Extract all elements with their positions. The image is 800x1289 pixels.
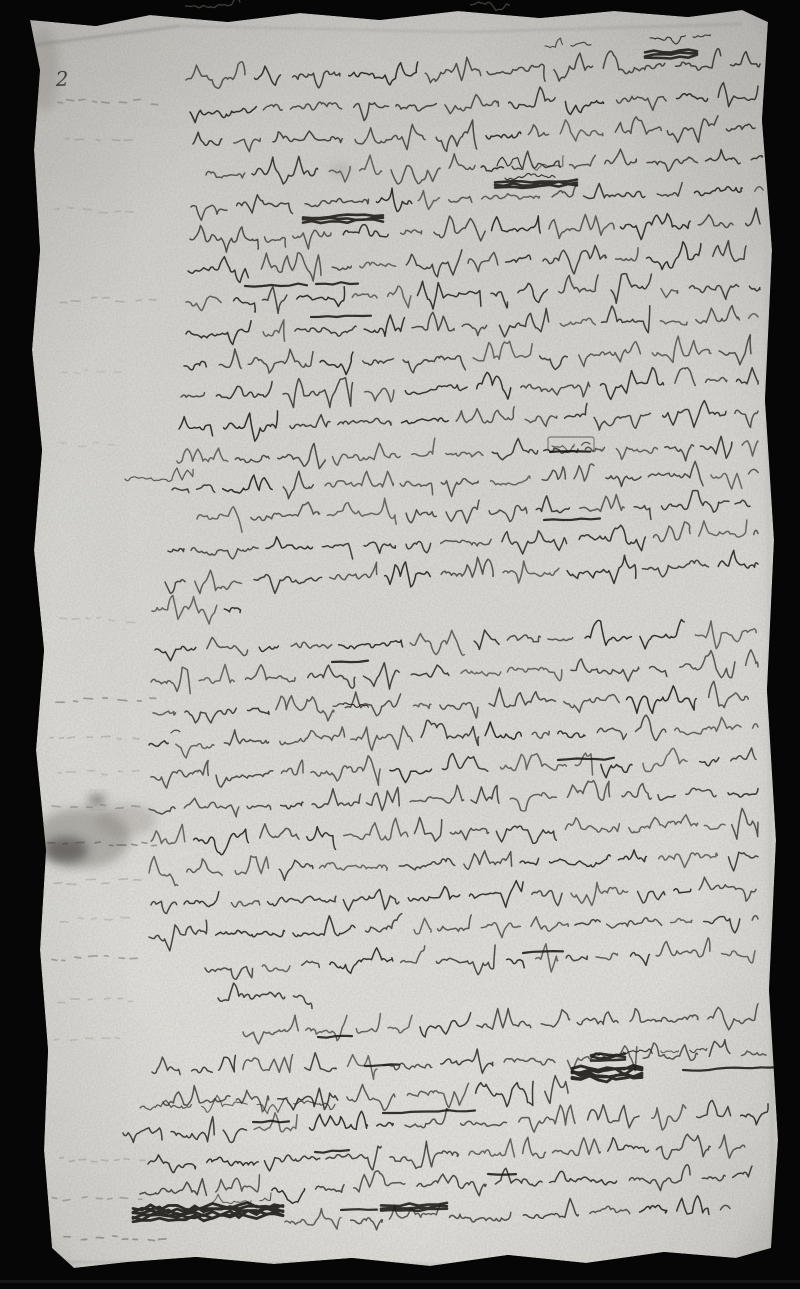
edge-vignette (0, 0, 800, 1289)
scanner-edge-band (0, 1280, 800, 1283)
scan-canvas: 2 (0, 0, 800, 1289)
paper-sheet: 2 (0, 0, 800, 1289)
manuscript-scan: 2 (0, 0, 800, 1289)
